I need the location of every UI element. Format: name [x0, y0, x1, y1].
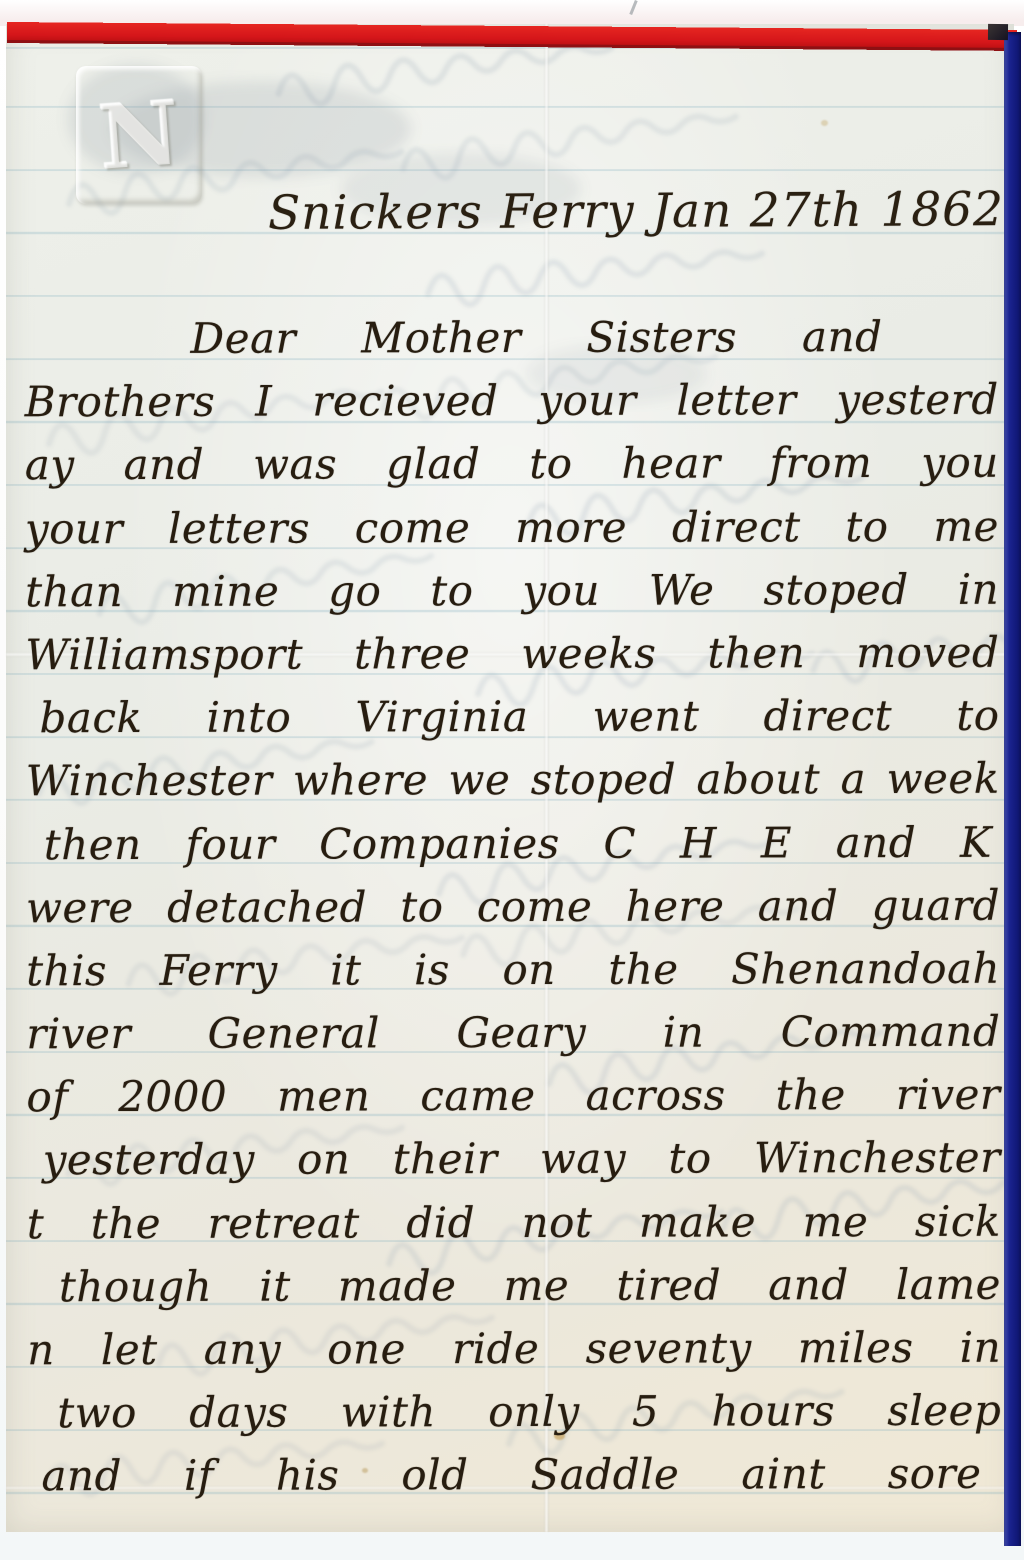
blue-border-stripe: [1004, 32, 1021, 1546]
letter-body: Dear Mother Sisters and Brothers I recie…: [24, 307, 1001, 1510]
letter-line: then four Companies C H E and K: [26, 812, 1000, 878]
letter-line: two days with only 5 hours sleep: [27, 1381, 1001, 1447]
letter-line: ay and was glad to hear from you: [25, 433, 999, 499]
letter-line: of 2000 men came across the river: [26, 1065, 1000, 1131]
letter-paper: N Snickers Ferry Jan 27th 1862 Dear Moth…: [6, 24, 1014, 1532]
scanned-letter-page: N Snickers Ferry Jan 27th 1862 Dear Moth…: [0, 0, 1024, 1560]
stripe-corner-overlap: [988, 24, 1008, 40]
letter-line: Winchester where we stoped about a week: [26, 749, 1000, 815]
letter-line: than mine go to you We stoped in: [25, 559, 999, 625]
letter-line: this Ferry it is on the Shenandoah: [26, 939, 1000, 1005]
scan-top-edge: [0, 0, 1024, 26]
letter-line: n let any one ride seventy miles in: [27, 1318, 1001, 1384]
letter-line: Williamsport three weeks then moved: [25, 623, 999, 689]
embossed-stationery-seal: N: [76, 66, 202, 204]
foxing-spot: [821, 120, 828, 126]
letter-line: your letters come more direct to me: [25, 496, 999, 562]
letter-line: and if his old Saddle aint sore: [27, 1444, 1001, 1510]
letter-line: though it made me tired and lame: [27, 1255, 1001, 1321]
letter-line: Dear Mother Sisters and: [24, 307, 998, 373]
letter-line: yesterday on their way to Winchester: [27, 1128, 1001, 1194]
letter-line: were detached to come here and guard: [26, 875, 1000, 941]
letter-line: Brothers I recieved your letter yesterd: [25, 370, 999, 436]
letter-dateline: Snickers Ferry Jan 27th 1862: [268, 170, 1004, 256]
letter-line: river General Geary in Command: [26, 1002, 1000, 1068]
seal-monogram: N: [95, 80, 182, 189]
letter-line: t the retreat did not make me sick: [27, 1191, 1001, 1257]
letter-line: back into Virginia went direct to: [25, 686, 999, 752]
